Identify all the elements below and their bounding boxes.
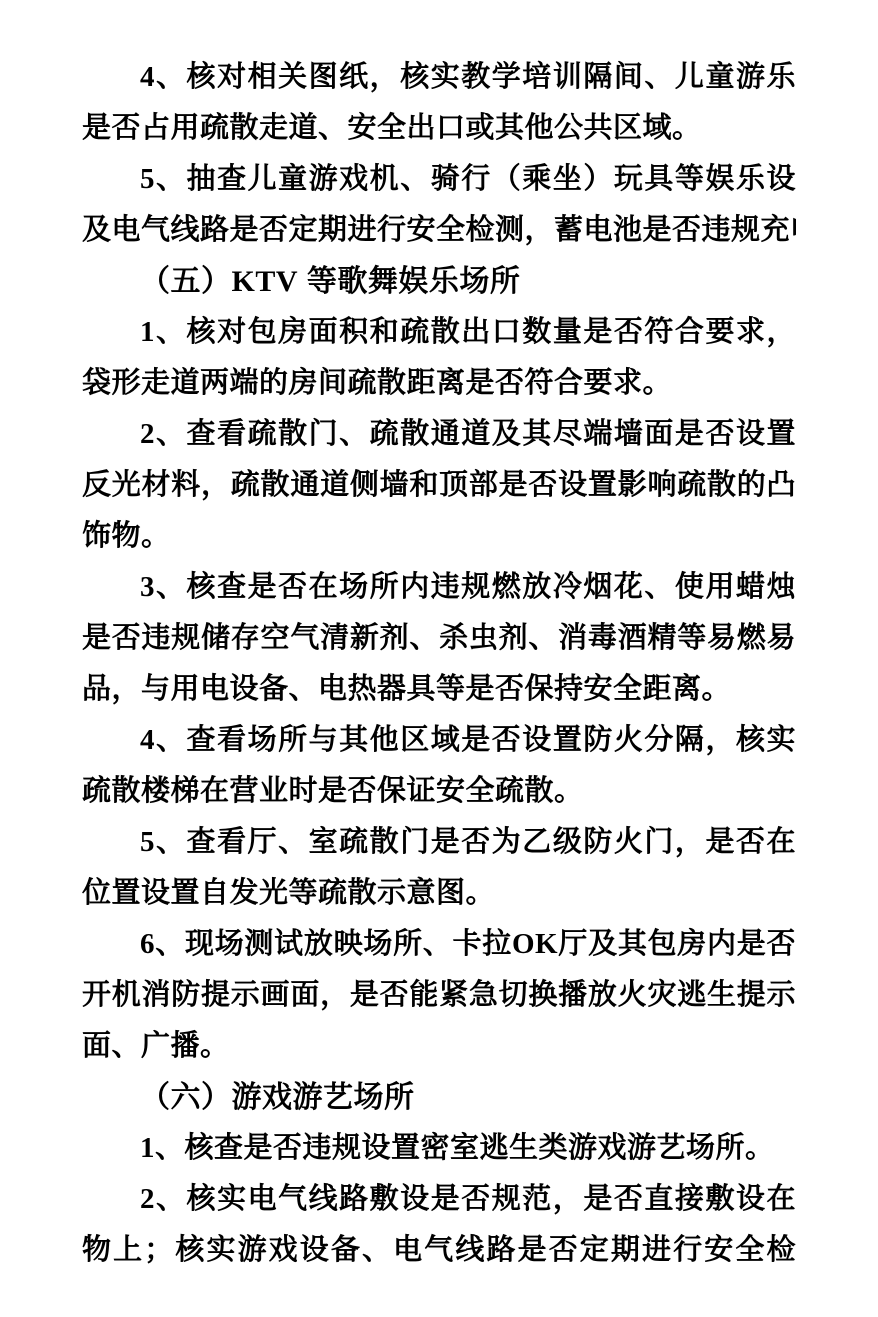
text-line: 物上；核实游戏设备、电气线路是否定期进行安全检测，是 [82, 1225, 796, 1276]
text-line: 6、现场测试放映场所、卡拉OK厅及其包房内是否设置 [82, 919, 796, 970]
latin-text: 4 [140, 724, 155, 756]
text-line: 袋形走道两端的房间疏散距离是否符合要求。 [82, 358, 796, 409]
latin-text: 5 [140, 163, 155, 195]
latin-text: KTV [232, 265, 299, 298]
text-line: 面、广播。 [82, 1021, 796, 1072]
text-line: 饰物。 [82, 511, 796, 562]
latin-text: OK [512, 928, 558, 960]
text-line: 3、核查是否在场所内违规燃放冷烟花、使用蜡烛照明； [82, 562, 796, 613]
latin-text: 2 [140, 1183, 155, 1215]
latin-text: 3 [140, 571, 155, 603]
latin-text: 2 [140, 418, 155, 450]
latin-text: 6 [140, 928, 155, 960]
latin-text: 4 [140, 61, 155, 93]
section-heading: （六）游戏游艺场所 [82, 1072, 796, 1123]
text-line: 是否违规储存空气清新剂、杀虫剂、消毒酒精等易燃易爆物 [82, 613, 796, 664]
text-line: 疏散楼梯在营业时是否保证安全疏散。 [82, 766, 796, 817]
text-line: 5、查看厅、室疏散门是否为乙级防火门，是否在醒目 [82, 817, 796, 868]
text-line: 1、核对包房面积和疏散出口数量是否符合要求，位于 [82, 307, 796, 358]
text-line: 位置设置自发光等疏散示意图。 [82, 868, 796, 919]
text-line: 4、查看场所与其他区域是否设置防火分隔，核实共用 [82, 715, 796, 766]
text-line: 2、查看疏散门、疏散通道及其尽端墙面是否设置镜面 [82, 409, 796, 460]
text-line: 开机消防提示画面，是否能紧急切换播放火灾逃生提示画 [82, 970, 796, 1021]
text-line: 是否占用疏散走道、安全出口或其他公共区域。 [82, 103, 796, 154]
text-line: 品，与用电设备、电热器具等是否保持安全距离。 [82, 664, 796, 715]
text-line: 5、抽查儿童游戏机、骑行（乘坐）玩具等娱乐设施以 [82, 154, 796, 205]
text-line: 反光材料，疏散通道侧墙和顶部是否设置影响疏散的凸出装 [82, 460, 796, 511]
text-line: 4、核对相关图纸，核实教学培训隔间、儿童游乐设施 [82, 52, 796, 103]
text-line: 2、核实电气线路敷设是否规范，是否直接敷设在可燃 [82, 1174, 796, 1225]
section-heading: （五）KTV 等歌舞娱乐场所 [82, 256, 796, 307]
latin-text: 1 [140, 316, 155, 348]
text-line: 1、核查是否违规设置密室逃生类游戏游艺场所。 [82, 1123, 796, 1174]
latin-text: 1 [140, 1132, 155, 1164]
latin-text: 5 [140, 826, 155, 858]
document-page: 4、核对相关图纸，核实教学培训隔间、儿童游乐设施是否占用疏散走道、安全出口或其他… [0, 0, 878, 1276]
text-line: 及电气线路是否定期进行安全检测，蓄电池是否违规充电。 [82, 205, 796, 256]
